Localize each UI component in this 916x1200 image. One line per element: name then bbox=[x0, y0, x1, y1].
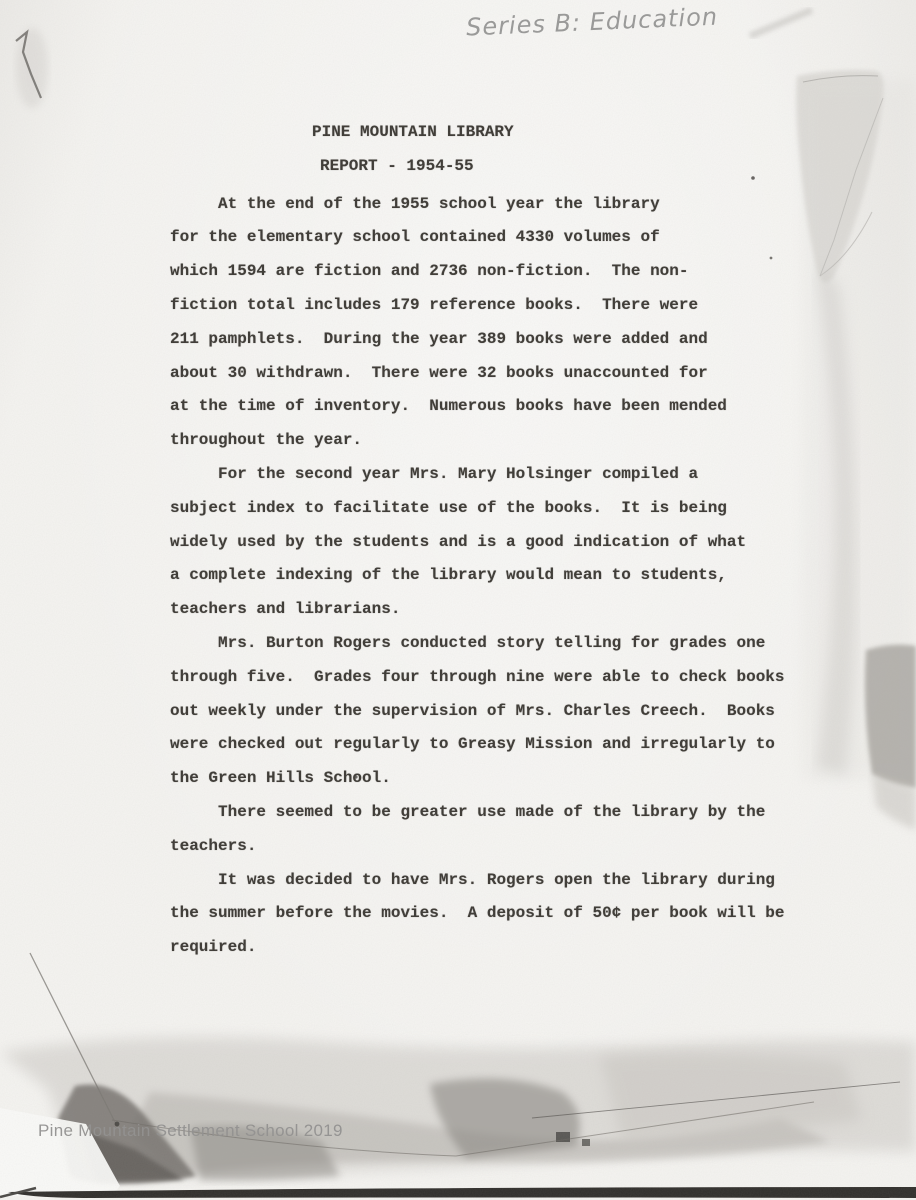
copyright-watermark: Pine Mountain Settlement School 2019 bbox=[38, 1121, 343, 1141]
stain-bottom bbox=[0, 1037, 916, 1184]
torn-corner-bottom-left bbox=[0, 953, 120, 1196]
typewritten-document: PINE MOUNTAIN LIBRARY REPORT - 1954-55 A… bbox=[170, 116, 785, 965]
scanned-document-page: Series B: Education PINE MOUNTAIN LIBRAR… bbox=[0, 0, 916, 1200]
document-title-line2: REPORT - 1954-55 bbox=[170, 150, 785, 184]
scan-edge-bottom bbox=[0, 1187, 916, 1198]
document-body-text: At the end of the 1955 school year the l… bbox=[170, 188, 785, 965]
fold-band-right-edge bbox=[802, 80, 916, 830]
document-title-line1: PINE MOUNTAIN LIBRARY bbox=[170, 116, 785, 150]
handwritten-annotation: Series B: Education bbox=[466, 3, 719, 42]
tear-mark-top-left bbox=[16, 28, 48, 108]
